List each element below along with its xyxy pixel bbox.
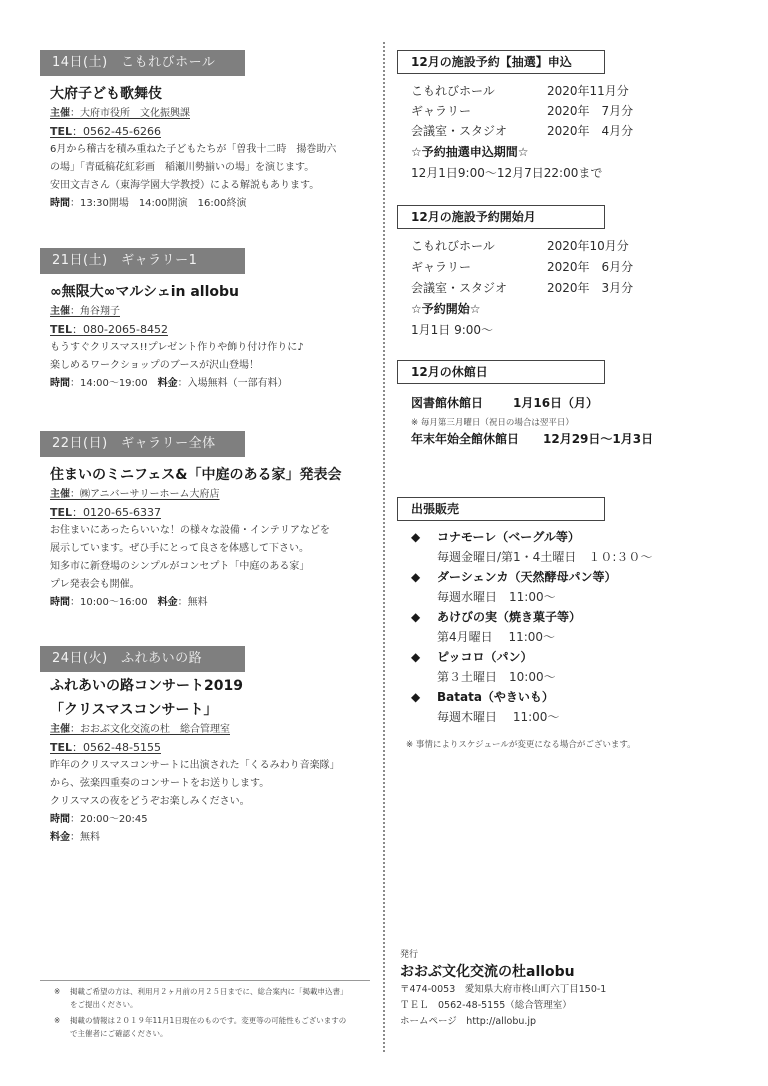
- event-description-line: もうすぐクリスマス!!プレゼント作りや飾り付け作りに♪: [50, 339, 370, 357]
- event-tel: TEL：080-2065-8452: [50, 321, 370, 339]
- event-description-line: プレ発表会も開催。: [50, 576, 370, 594]
- reservation-row: ギャラリー2020年 6月分: [411, 257, 633, 277]
- vendor-schedule: 毎週木曜日 11:00〜: [411, 707, 741, 727]
- sales-heading: 出張販売: [397, 497, 605, 521]
- event-description-line: 安田文吉さん（東海学園大学教授）による解説もあります。: [50, 177, 370, 195]
- vendor-name: ◆ダーシェンカ（天然酵母パン等）: [411, 567, 741, 587]
- event-organizer: 主催：おおぶ文化交流の杜 総合管理室: [50, 721, 370, 739]
- event-marche: 21日(土) ギャラリー1 ∞無限大∞マルシェin allobu 主催：角谷翔子…: [40, 248, 370, 393]
- vendor-schedule: 第３土曜日 10:00〜: [411, 667, 741, 687]
- diamond-bullet-icon: ◆: [411, 527, 437, 547]
- event-description-line: お住まいにあったらいいな！の様々な設備・インテリアなどを: [50, 522, 370, 540]
- publisher-label: 発行: [400, 948, 740, 962]
- lottery-period-value: 12月1日9:00〜12月7日22:00まで: [411, 163, 602, 183]
- event-description-line: 知多市に新登場のシンプルがコンセプト「中庭のある家」: [50, 558, 370, 576]
- event-description-line: から、弦楽四重奏のコンサートをお送りします。: [50, 775, 370, 793]
- event-description-line: 昨年のクリスマスコンサートに出演された「くるみわり音楽隊」: [50, 757, 370, 775]
- vendor-name: ◆あけびの実（焼き菓子等）: [411, 607, 741, 627]
- column-divider: [383, 42, 385, 1052]
- reference-mark-icon: ※: [40, 1014, 62, 1040]
- event-tel: TEL：0562-45-6266: [50, 123, 370, 141]
- event-time: 時間：13:30開場 14:00開演 16:00終演: [50, 195, 370, 213]
- lottery-heading: 12月の施設予約【抽選】申込: [397, 50, 605, 74]
- sales-note: ※ 事情によりスケジュールが変更になる場合がございます。: [406, 735, 636, 755]
- event-minifes: 22日(日) ギャラリー全体 住まいのミニフェス&「中庭のある家」発表会 主催：…: [40, 431, 370, 612]
- vendor-name: ◆コナモーレ（ベーグル等）: [411, 527, 741, 547]
- publisher-block: 発行 おおぶ文化交流の杜allobu 〒474-0053 愛知県大府市柊山町六丁…: [400, 948, 740, 1030]
- event-christmas-concert: 24日(火) ふれあいの路 ふれあいの路コンサート2019 「クリスマスコンサー…: [40, 646, 370, 847]
- event-title: 住まいのミニフェス&「中庭のある家」発表会: [50, 464, 370, 486]
- lottery-row: 会議室・スタジオ2020年 4月分: [411, 121, 633, 141]
- event-description-line: の場」「青砥稿花紅彩画 稲瀬川勢揃いの場」を演じます。: [50, 159, 370, 177]
- reservation-row: 会議室・スタジオ2020年 3月分: [411, 278, 633, 298]
- reference-mark-icon: ※: [40, 985, 62, 1011]
- vendor-schedule: 第4月曜日 11:00〜: [411, 627, 741, 647]
- vendor-schedule: 毎週金曜日/第1・4土曜日 １０:３０〜: [411, 547, 741, 567]
- vendor-name: ◆ピッコロ（パン）: [411, 647, 741, 667]
- vendor-schedule: 毎週水曜日 11:00〜: [411, 587, 741, 607]
- lottery-row: こもれびホール2020年11月分: [411, 81, 629, 101]
- event-time: 時間：20:00〜20:45: [50, 811, 370, 829]
- note-item: ※ 掲載ご希望の方は、利用月２ヶ月前の月２５日までに、総合案内に「掲載申込書」を…: [40, 985, 370, 1011]
- event-date-venue-bar: 14日(土) こもれびホール: [40, 50, 245, 76]
- event-description-line: 展示しています。ぜひ手にとって良さを体感して下さい。: [50, 540, 370, 558]
- reservation-start-label: ☆予約開始☆: [411, 299, 481, 319]
- lottery-row: ギャラリー2020年 7月分: [411, 101, 633, 121]
- publisher-tel: ＴＥＬ 0562-48-5155（総合管理室）: [400, 998, 740, 1014]
- event-organizer: 主催：大府市役所 文化振興課: [50, 105, 370, 123]
- vendor-list: ◆コナモーレ（ベーグル等） 毎週金曜日/第1・4土曜日 １０:３０〜 ◆ダーシェ…: [411, 527, 741, 727]
- event-date-venue-bar: 21日(土) ギャラリー1: [40, 248, 245, 274]
- publisher-address: 〒474-0053 愛知県大府市柊山町六丁目150-1: [400, 982, 740, 998]
- reservation-start-heading: 12月の施設予約開始月: [397, 205, 605, 229]
- event-description-line: クリスマスの夜をどうぞお楽しみください。: [50, 793, 370, 811]
- event-title: ∞無限大∞マルシェin allobu: [50, 281, 370, 303]
- newyear-closed-days: 年末年始全館休館日12月29日〜1月3日: [411, 429, 653, 449]
- event-tel: TEL：0562-48-5155: [50, 739, 370, 757]
- event-description-line: 楽しめるワークショップのブースが沢山登場！: [50, 357, 370, 375]
- diamond-bullet-icon: ◆: [411, 687, 437, 707]
- event-title: 大府子ども歌舞伎: [50, 83, 370, 105]
- diamond-bullet-icon: ◆: [411, 607, 437, 627]
- event-organizer: 主催：㈱アニバーサリーホーム大府店: [50, 486, 370, 504]
- event-kabuki: 14日(土) こもれびホール 大府子ども歌舞伎 主催：大府市役所 文化振興課 T…: [40, 50, 370, 213]
- diamond-bullet-icon: ◆: [411, 567, 437, 587]
- reservation-start-value: 1月1日 9:00〜: [411, 320, 493, 340]
- event-organizer: 主催：角谷翔子: [50, 303, 370, 321]
- event-time-fee: 時間：14:00〜19:00 料金：入場無料（一部有料）: [50, 375, 370, 393]
- event-description-line: 6月から稽古を積み重ねた子どもたちが「曽我十二時 揚巻助六: [50, 141, 370, 159]
- publisher-homepage-link[interactable]: ホームページ http://allobu.jp: [400, 1014, 740, 1030]
- event-title: ふれあいの路コンサート2019: [50, 675, 370, 697]
- event-subtitle: 「クリスマスコンサート」: [50, 699, 370, 721]
- event-tel: TEL：0120-65-6337: [50, 504, 370, 522]
- event-time-fee: 時間：10:00〜16:00 料金：無料: [50, 594, 370, 612]
- listing-notes: ※ 掲載ご希望の方は、利用月２ヶ月前の月２５日までに、総合案内に「掲載申込書」を…: [40, 980, 370, 1043]
- event-fee: 料金：無料: [50, 829, 370, 847]
- library-closed-day: 図書館休館日1月16日（月）: [411, 393, 598, 413]
- event-date-venue-bar: 24日(火) ふれあいの路: [40, 646, 245, 672]
- closed-days-heading: 12月の休館日: [397, 360, 605, 384]
- diamond-bullet-icon: ◆: [411, 647, 437, 667]
- publisher-name: おおぶ文化交流の杜allobu: [400, 962, 740, 982]
- note-item: ※ 掲載の情報は２０１９年11月1日現在のものです。変更等の可能性もございますの…: [40, 1014, 370, 1040]
- event-date-venue-bar: 22日(日) ギャラリー全体: [40, 431, 245, 457]
- lottery-period-label: ☆予約抽選申込期間☆: [411, 142, 529, 162]
- reservation-row: こもれびホール2020年10月分: [411, 236, 629, 256]
- vendor-name: ◆Batata（やきいも）: [411, 687, 741, 707]
